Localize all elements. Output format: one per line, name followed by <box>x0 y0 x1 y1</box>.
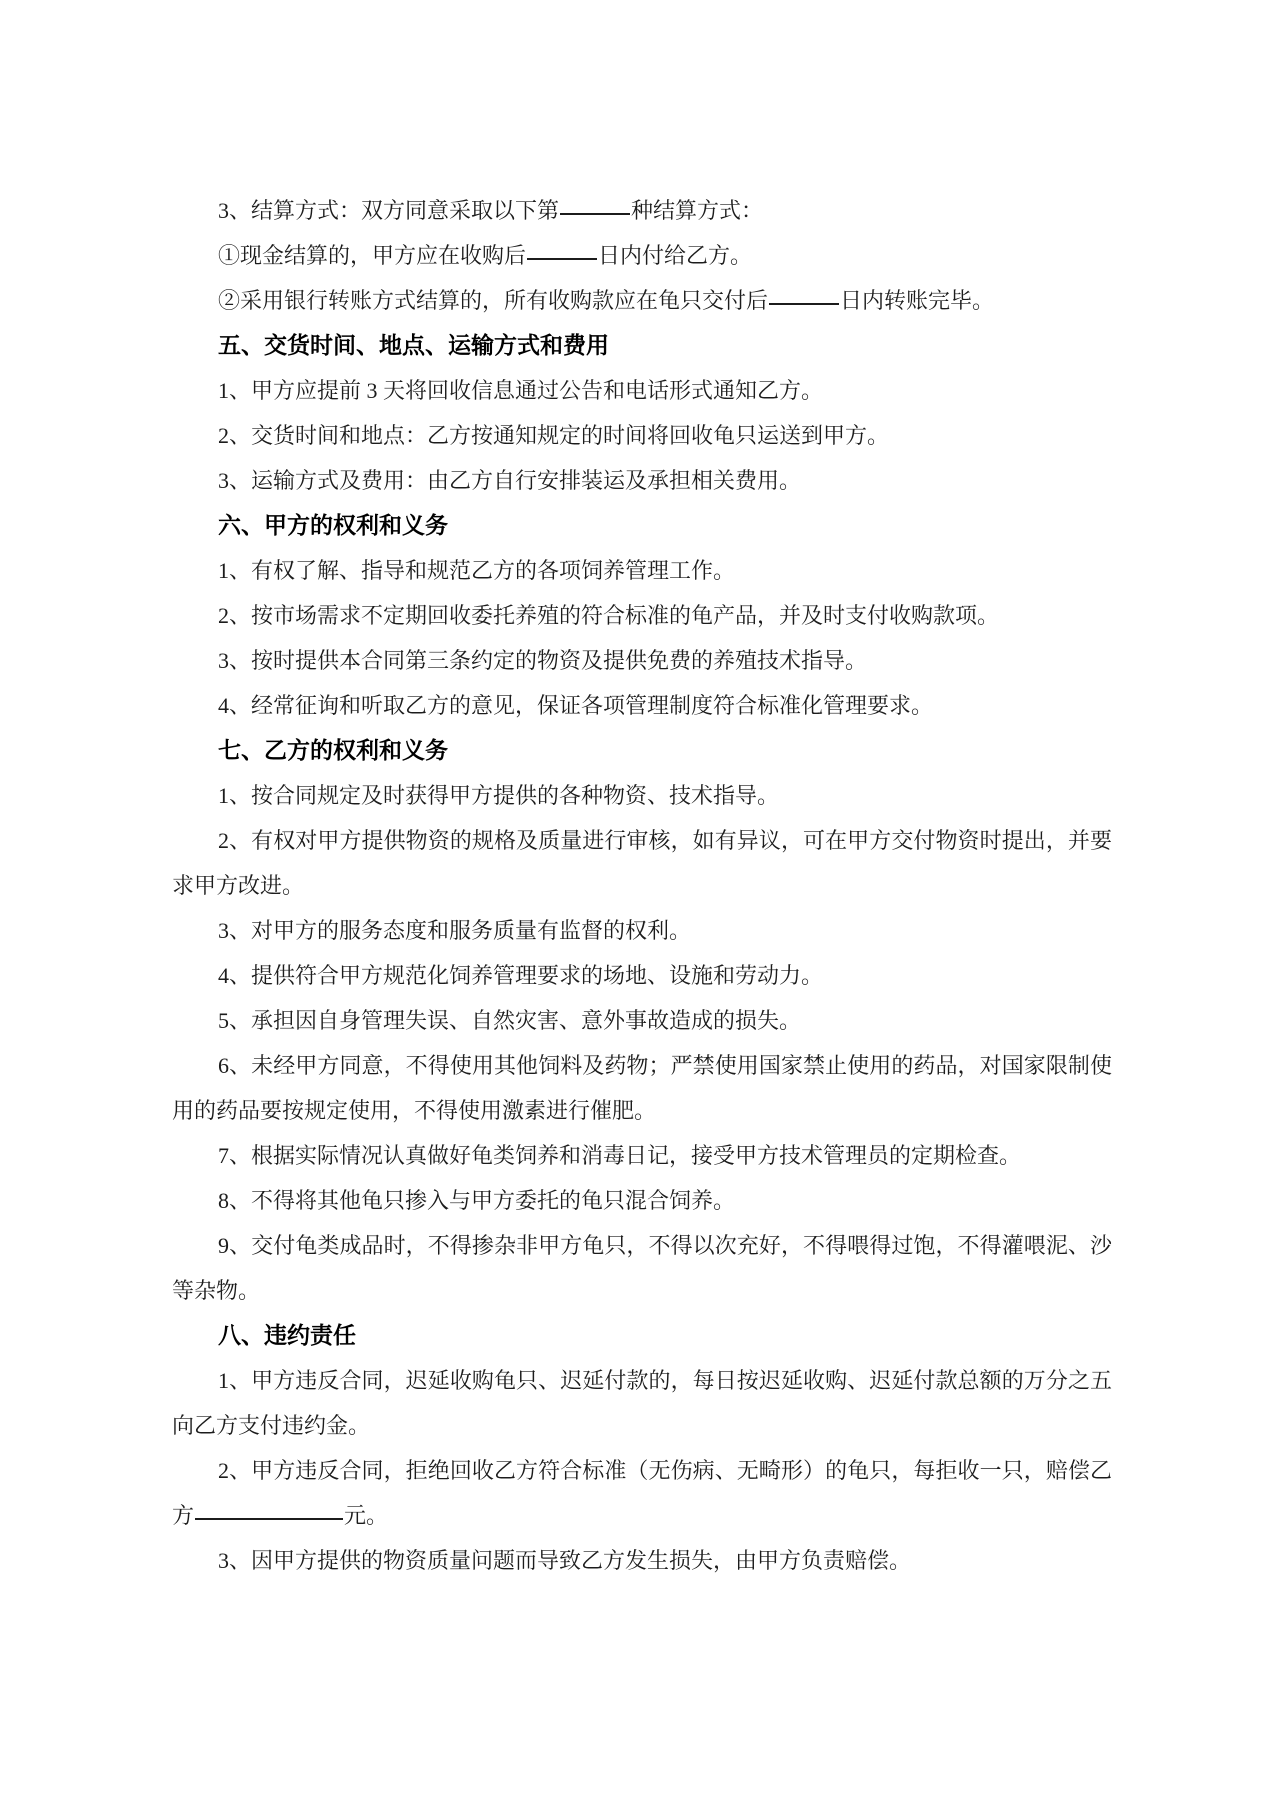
clause-8-2: 2、甲方违反合同，拒绝回收乙方符合标准（无伤病、无畸形）的龟只，每拒收一只，赔偿… <box>172 1448 1112 1538</box>
clause-text: 2、交货时间和地点：乙方按通知规定的时间将回收龟只运送到甲方。 <box>218 423 889 448</box>
clause-text: 7、根据实际情况认真做好龟类饲养和消毒日记，接受甲方技术管理员的定期检查。 <box>218 1143 1021 1168</box>
clause-6-2: 2、按市场需求不定期回收委托养殖的符合标准的龟产品，并及时支付收购款项。 <box>172 593 1112 638</box>
clause-text: 3、运输方式及费用：由乙方自行安排装运及承担相关费用。 <box>218 468 801 493</box>
heading-section-7: 七、乙方的权利和义务 <box>172 728 1112 773</box>
heading-section-8: 八、违约责任 <box>172 1313 1112 1358</box>
clause-text: 2、有权对甲方提供物资的规格及质量进行审核，如有异议，可在甲方交付物资时提出，并… <box>172 828 1112 898</box>
clause-text: 八、违约责任 <box>218 1323 356 1348</box>
clause-text: 3、结算方式：双方同意采取以下第 <box>218 198 559 223</box>
clause-text: 六、甲方的权利和义务 <box>218 513 448 538</box>
clause-text: 6、未经甲方同意，不得使用其他饲料及药物；严禁使用国家禁止使用的药品，对国家限制… <box>172 1053 1112 1123</box>
clause-bank-transfer: ②采用银行转账方式结算的，所有收购款应在龟只交付后日内转账完毕。 <box>172 278 1112 323</box>
clause-text: 1、有权了解、指导和规范乙方的各项饲养管理工作。 <box>218 558 735 583</box>
clause-8-3: 3、因甲方提供的物资质量问题而导致乙方发生损失，由甲方负责赔偿。 <box>172 1538 1112 1583</box>
clause-7-2: 2、有权对甲方提供物资的规格及质量进行审核，如有异议，可在甲方交付物资时提出，并… <box>172 818 1112 908</box>
clause-5-2: 2、交货时间和地点：乙方按通知规定的时间将回收龟只运送到甲方。 <box>172 413 1112 458</box>
clause-text: 五、交货时间、地点、运输方式和费用 <box>218 333 609 358</box>
clause-text: ②采用银行转账方式结算的，所有收购款应在龟只交付后 <box>218 288 768 313</box>
clause-7-6: 6、未经甲方同意，不得使用其他饲料及药物；严禁使用国家禁止使用的药品，对国家限制… <box>172 1043 1112 1133</box>
clause-text: 4、经常征询和听取乙方的意见，保证各项管理制度符合标准化管理要求。 <box>218 693 933 718</box>
clause-text: 3、按时提供本合同第三条约定的物资及提供免费的养殖技术指导。 <box>218 648 867 673</box>
clause-cash-settlement: ①现金结算的，甲方应在收购后日内付给乙方。 <box>172 233 1112 278</box>
clause-settlement-method: 3、结算方式：双方同意采取以下第种结算方式： <box>172 188 1112 233</box>
clause-6-1: 1、有权了解、指导和规范乙方的各项饲养管理工作。 <box>172 548 1112 593</box>
clause-text: 4、提供符合甲方规范化饲养管理要求的场地、设施和劳动力。 <box>218 963 823 988</box>
clause-text: 3、因甲方提供的物资质量问题而导致乙方发生损失，由甲方负责赔偿。 <box>218 1548 911 1573</box>
clause-text: 种结算方式： <box>631 198 763 223</box>
contract-body: 3、结算方式：双方同意采取以下第种结算方式：①现金结算的，甲方应在收购后日内付给… <box>172 188 1112 1583</box>
clause-text: 1、甲方应提前 3 天将回收信息通过公告和电话形式通知乙方。 <box>218 378 823 403</box>
heading-section-6: 六、甲方的权利和义务 <box>172 503 1112 548</box>
clause-text: 9、交付龟类成品时，不得掺杂非甲方龟只，不得以次充好，不得喂得过饱，不得灌喂泥、… <box>172 1233 1112 1303</box>
clause-7-9: 9、交付龟类成品时，不得掺杂非甲方龟只，不得以次充好，不得喂得过饱，不得灌喂泥、… <box>172 1223 1112 1313</box>
clause-7-8: 8、不得将其他龟只掺入与甲方委托的龟只混合饲养。 <box>172 1178 1112 1223</box>
clause-text: 日内转账完毕。 <box>840 288 994 313</box>
fill-in-blank <box>560 210 630 215</box>
clause-8-1: 1、甲方违反合同，迟延收购龟只、迟延付款的，每日按迟延收购、迟延付款总额的万分之… <box>172 1358 1112 1448</box>
clause-text: 5、承担因自身管理失误、自然灾害、意外事故造成的损失。 <box>218 1008 801 1033</box>
fill-in-blank <box>195 1515 343 1520</box>
clause-text: 日内付给乙方。 <box>598 243 752 268</box>
clause-text: 元。 <box>344 1503 388 1528</box>
clause-text: ①现金结算的，甲方应在收购后 <box>218 243 526 268</box>
heading-section-5: 五、交货时间、地点、运输方式和费用 <box>172 323 1112 368</box>
clause-7-7: 7、根据实际情况认真做好龟类饲养和消毒日记，接受甲方技术管理员的定期检查。 <box>172 1133 1112 1178</box>
clause-5-3: 3、运输方式及费用：由乙方自行安排装运及承担相关费用。 <box>172 458 1112 503</box>
clause-7-5: 5、承担因自身管理失误、自然灾害、意外事故造成的损失。 <box>172 998 1112 1043</box>
clause-text: 3、对甲方的服务态度和服务质量有监督的权利。 <box>218 918 691 943</box>
clause-text: 1、按合同规定及时获得甲方提供的各种物资、技术指导。 <box>218 783 779 808</box>
clause-5-1: 1、甲方应提前 3 天将回收信息通过公告和电话形式通知乙方。 <box>172 368 1112 413</box>
clause-6-4: 4、经常征询和听取乙方的意见，保证各项管理制度符合标准化管理要求。 <box>172 683 1112 728</box>
clause-6-3: 3、按时提供本合同第三条约定的物资及提供免费的养殖技术指导。 <box>172 638 1112 683</box>
clause-text: 七、乙方的权利和义务 <box>218 738 448 763</box>
clause-text: 2、按市场需求不定期回收委托养殖的符合标准的龟产品，并及时支付收购款项。 <box>218 603 999 628</box>
fill-in-blank <box>769 300 839 305</box>
document-page: 3、结算方式：双方同意采取以下第种结算方式：①现金结算的，甲方应在收购后日内付给… <box>0 0 1280 1810</box>
fill-in-blank <box>527 255 597 260</box>
clause-text: 1、甲方违反合同，迟延收购龟只、迟延付款的，每日按迟延收购、迟延付款总额的万分之… <box>172 1368 1112 1438</box>
clause-7-1: 1、按合同规定及时获得甲方提供的各种物资、技术指导。 <box>172 773 1112 818</box>
clause-text: 8、不得将其他龟只掺入与甲方委托的龟只混合饲养。 <box>218 1188 735 1213</box>
clause-7-4: 4、提供符合甲方规范化饲养管理要求的场地、设施和劳动力。 <box>172 953 1112 998</box>
clause-7-3: 3、对甲方的服务态度和服务质量有监督的权利。 <box>172 908 1112 953</box>
